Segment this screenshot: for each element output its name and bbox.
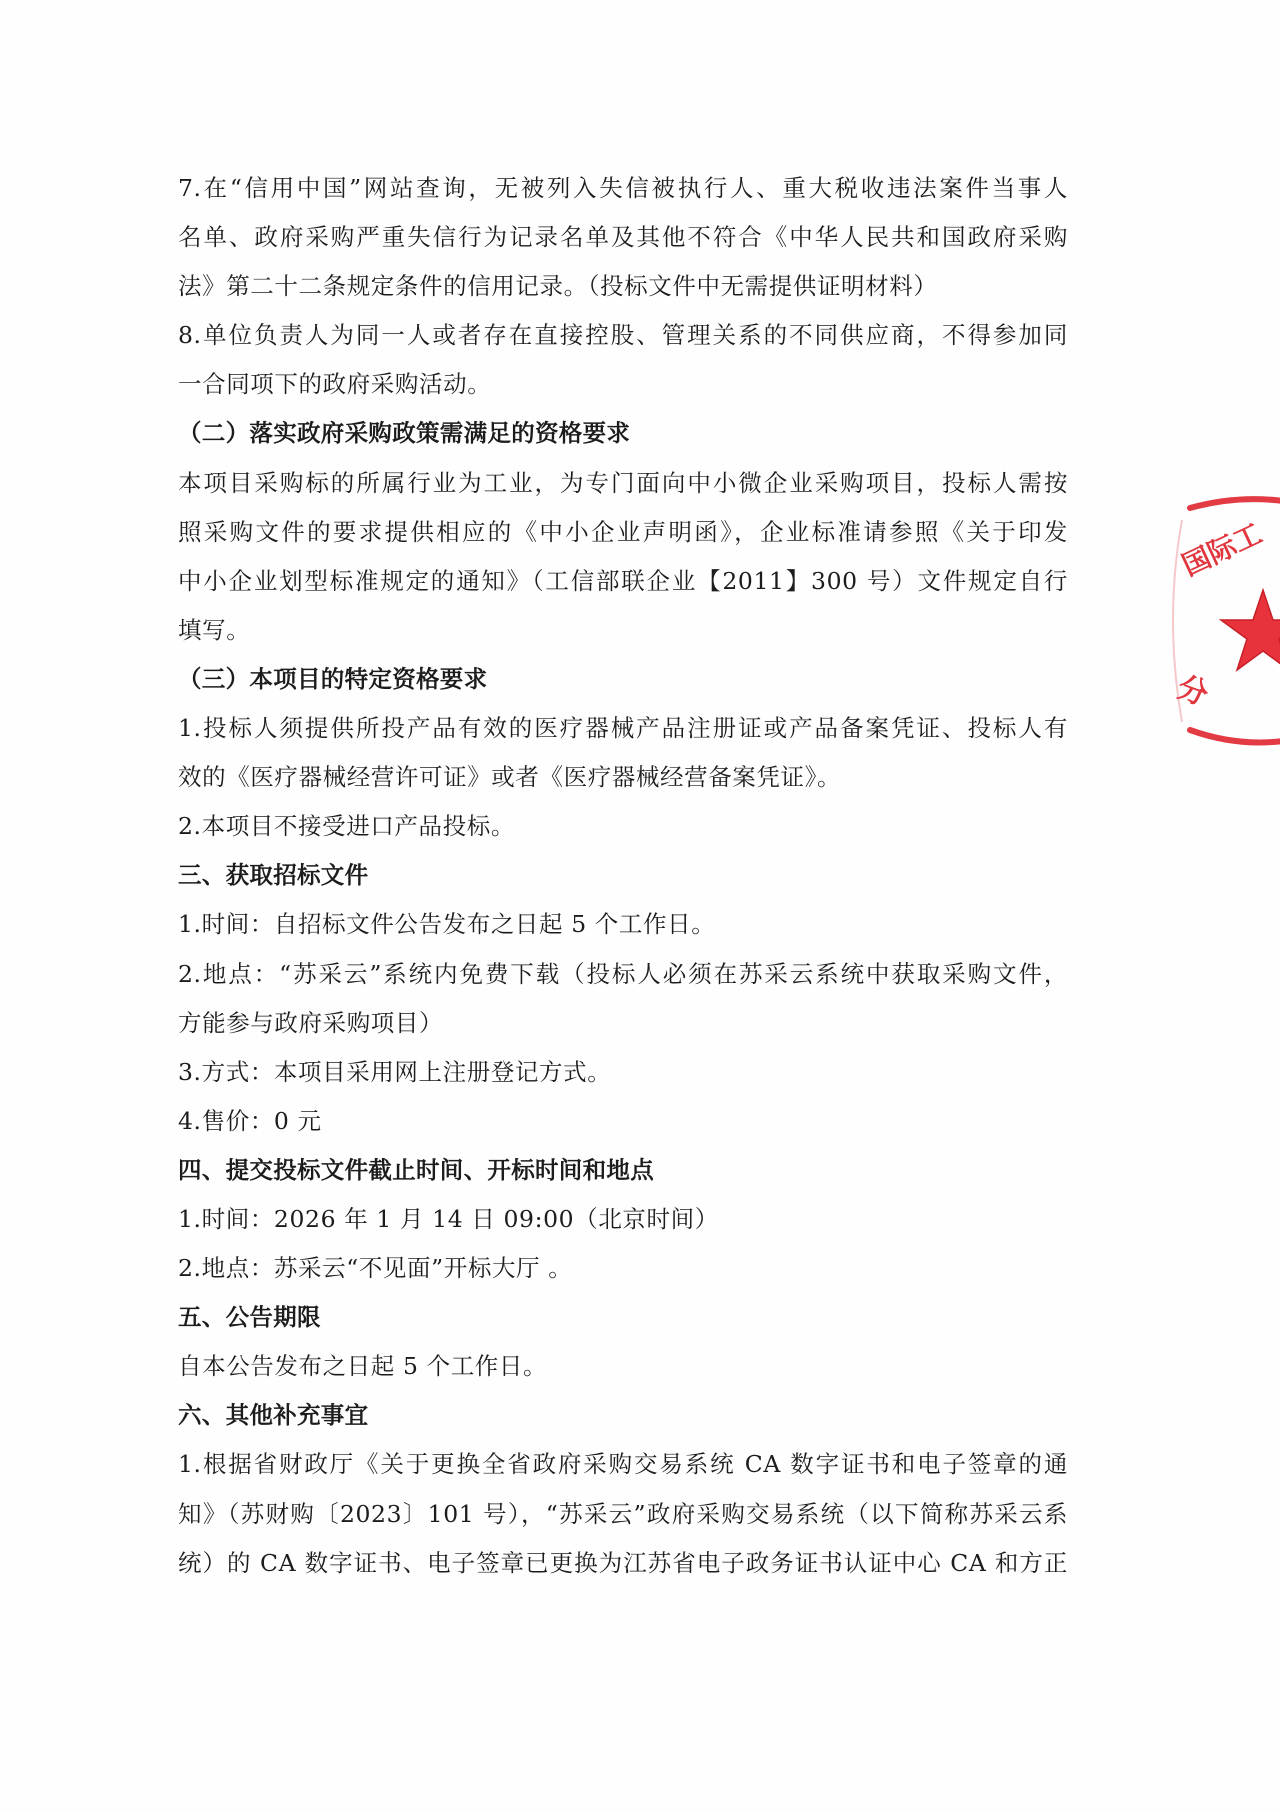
paragraph-line: 一合同项下的政府采购活动。 [178, 360, 1068, 409]
seal-text-top: 国际工 [1177, 517, 1267, 582]
paragraph-line: 名单、政府采购严重失信行为记录名单及其他不符合《中华人民共和国政府采购 [178, 213, 1068, 262]
paragraph-line: 效的《医疗器械经营许可证》或者《医疗器械经营备案凭证》。 [178, 753, 1068, 802]
section-heading: （三）本项目的特定资格要求 [178, 655, 1068, 704]
section-heading: 六、其他补充事宜 [178, 1391, 1068, 1440]
document-page: 7.在“信用中国”网站查询，无被列入失信被执行人、重大税收违法案件当事人名单、政… [0, 0, 1280, 1812]
paragraph-line: 中小企业划型标准规定的通知》（工信部联企业【2011】300 号）文件规定自行 [178, 557, 1068, 606]
paragraph-line: 1.时间：自招标文件公告发布之日起 5 个工作日。 [178, 900, 1068, 949]
paragraph-line: 2.本项目不接受进口产品投标。 [178, 802, 1068, 851]
paragraph-line: 自本公告发布之日起 5 个工作日。 [178, 1342, 1068, 1391]
official-seal-icon: 国际工 分 [1160, 490, 1280, 750]
paragraph-line: 1.时间：2026 年 1 月 14 日 09:00（北京时间） [178, 1195, 1068, 1244]
paragraph-line: 8.单位负责人为同一人或者存在直接控股、管理关系的不同供应商，不得参加同 [178, 311, 1068, 360]
section-heading: 五、公告期限 [178, 1293, 1068, 1342]
paragraph-line: 2.地点：苏采云“不见面”开标大厅 。 [178, 1244, 1068, 1293]
section-heading: 三、获取招标文件 [178, 851, 1068, 900]
paragraph-line: 本项目采购标的所属行业为工业，为专门面向中小微企业采购项目，投标人需按 [178, 459, 1068, 508]
section-heading: 四、提交投标文件截止时间、开标时间和地点 [178, 1146, 1068, 1195]
paragraph-line: 统）的 CA 数字证书、电子签章已更换为江苏省电子政务证书认证中心 CA 和方正 [178, 1539, 1068, 1588]
document-body: 7.在“信用中国”网站查询，无被列入失信被执行人、重大税收违法案件当事人名单、政… [178, 164, 1068, 1588]
paragraph-line: 知》（苏财购〔2023〕101 号），“苏采云”政府采购交易系统（以下简称苏采云… [178, 1490, 1068, 1539]
paragraph-line: 填写。 [178, 606, 1068, 655]
paragraph-line: 4.售价：0 元 [178, 1097, 1068, 1146]
paragraph-line: 7.在“信用中国”网站查询，无被列入失信被执行人、重大税收违法案件当事人 [178, 164, 1068, 213]
paragraph-line: 2.地点：“苏采云”系统内免费下载（投标人必须在苏采云系统中获取采购文件， [178, 950, 1068, 999]
seal-text-bottom: 分 [1173, 670, 1213, 713]
section-heading: （二）落实政府采购政策需满足的资格要求 [178, 409, 1068, 458]
paragraph-line: 3.方式：本项目采用网上注册登记方式。 [178, 1048, 1068, 1097]
paragraph-line: 1.投标人须提供所投产品有效的医疗器械产品注册证或产品备案凭证、投标人有 [178, 704, 1068, 753]
paragraph-line: 方能参与政府采购项目） [178, 999, 1068, 1048]
paragraph-line: 照采购文件的要求提供相应的《中小企业声明函》，企业标准请参照《关于印发 [178, 508, 1068, 557]
paragraph-line: 1.根据省财政厅《关于更换全省政府采购交易系统 CA 数字证书和电子签章的通 [178, 1440, 1068, 1489]
paragraph-line: 法》第二十二条规定条件的信用记录。（投标文件中无需提供证明材料） [178, 262, 1068, 311]
